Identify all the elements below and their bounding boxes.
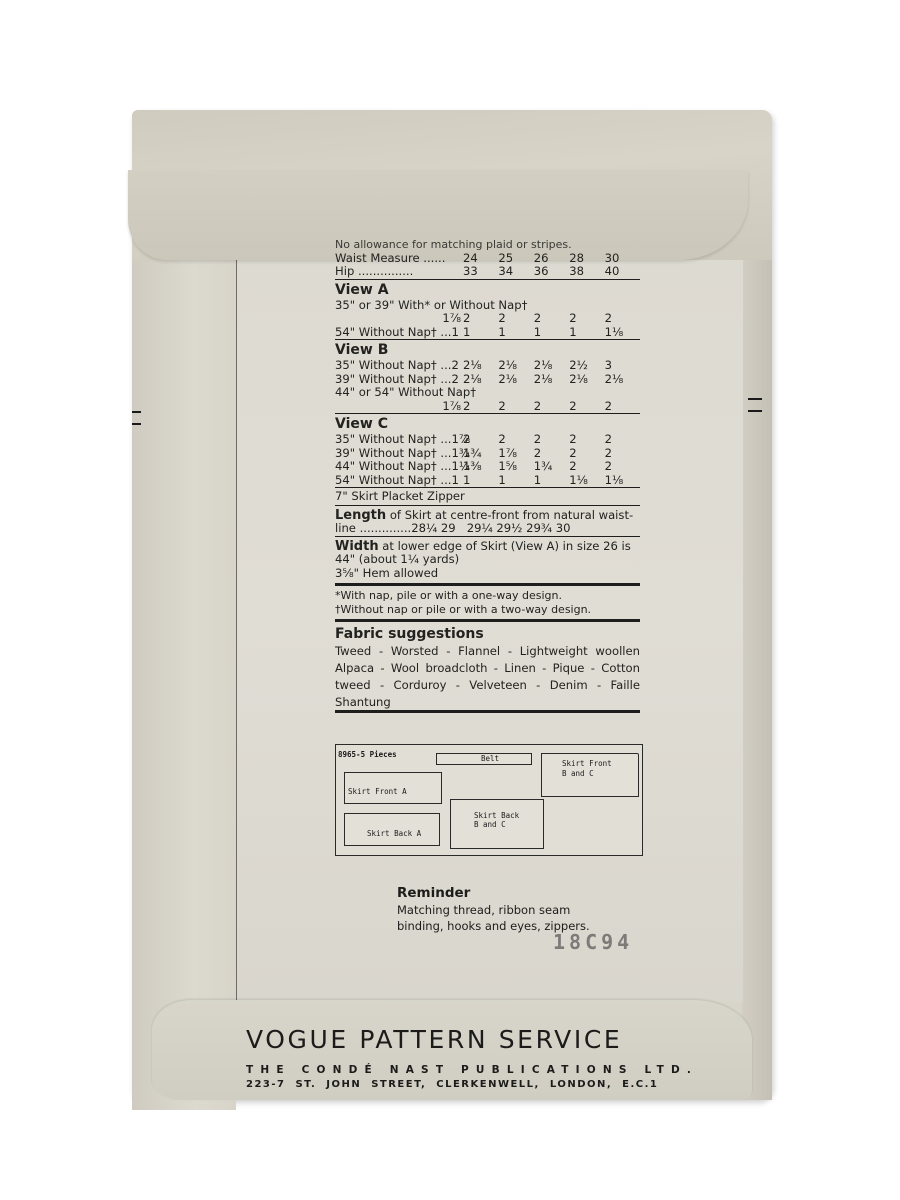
view-c-row: 35" Without Nap† ...1⅞ 2 2 2 2 2 (335, 433, 640, 447)
width-text: at lower edge of Skirt (View A) in size … (382, 539, 631, 553)
yardage-value: 2 (534, 312, 569, 326)
yardage-value: 2⅛ (463, 373, 498, 387)
length-value: 29¾ (526, 521, 552, 535)
view-c-row: 44" Without Nap† ...1¼ 1⅜ 1⅝ 1¾ 2 2 (335, 460, 640, 474)
hip-value: 40 (605, 265, 640, 279)
view-c-row-label: 39" Without Nap† ...1¾ (335, 447, 463, 461)
envelope-right-side (742, 240, 772, 1100)
yardage-value: 2 (463, 400, 498, 414)
yardage-value: 2 (463, 433, 498, 447)
view-b-row3-values: 1⅞ 2 2 2 2 2 (335, 400, 640, 415)
fabric-title: Fabric suggestions (335, 626, 640, 643)
piece-label: Skirt Front (562, 759, 612, 768)
yardage-value: 1 (498, 474, 533, 488)
yardage-value: 2 (463, 312, 498, 326)
pattern-pieces-diagram: 8965-5 Pieces Belt Skirt Front A Skirt F… (335, 744, 643, 856)
width-line2: 44" (about 1¼ yards) (335, 553, 640, 567)
yardage-value: 2⅛ (534, 359, 569, 373)
waist-value: 24 (463, 252, 498, 266)
yardage-value: 3 (605, 359, 640, 373)
piece-label: B and C (474, 820, 506, 829)
waist-value: 25 (498, 252, 533, 266)
view-b-row3-label: 44" or 54" Without Nap† (335, 386, 640, 400)
piece-label: Belt (481, 754, 499, 763)
yardage-value: 2⅛ (534, 373, 569, 387)
fabric-line: tweed - Corduroy - Velveteen - Denim - F… (335, 677, 640, 694)
yardage-value: 1⅝ (498, 460, 533, 474)
yardage-value: 2⅛ (498, 359, 533, 373)
view-b-row-label: 39" Without Nap† ...2 (335, 373, 463, 387)
yardage-value: 1 (498, 326, 533, 340)
yardage-value: 1⅛ (569, 474, 604, 488)
yardage-chart: No allowance for matching plaid or strip… (335, 238, 640, 713)
view-c-row-label: 54" Without Nap† ...1 (335, 474, 463, 488)
view-c-row-label: 35" Without Nap† ...1⅞ (335, 433, 463, 447)
yardage-value: 2 (569, 400, 604, 414)
hip-value: 36 (534, 265, 569, 279)
piece-label: Skirt Back A (367, 829, 421, 838)
length-value: 29¼ (467, 521, 493, 535)
yardage-value: 2 (569, 312, 604, 326)
hip-label: Hip ............... (335, 265, 463, 279)
view-b-row: 39" Without Nap† ...2 2⅛ 2⅛ 2⅛ 2⅛ 2⅛ (335, 373, 640, 387)
view-b-title: View B (335, 342, 640, 359)
piece-label: Skirt Front A (348, 787, 407, 796)
yardage-value: 2 (569, 460, 604, 474)
yardage-value: 2 (605, 447, 640, 461)
view-a-title: View A (335, 282, 640, 299)
waist-label: Waist Measure ...... (335, 252, 463, 266)
length-section: Length of Skirt at centre-front from nat… (335, 506, 640, 523)
yardage-value: 2 (605, 312, 640, 326)
zipper-note: 7" Skirt Placket Zipper (335, 488, 640, 506)
yardage-value: 1⅛ (605, 474, 640, 488)
envelope-left-side (132, 240, 236, 1110)
length-value: 30 (556, 521, 571, 535)
yardage-value: 1⅛ (605, 326, 640, 340)
yardage-value: 1¾ (463, 447, 498, 461)
yardage-value: 2 (498, 433, 533, 447)
piece-skirt-back-bc: Skirt Back B and C (450, 799, 544, 849)
yardage-value: 1⅞ (335, 312, 463, 326)
reminder-section: Reminder Matching thread, ribbon seam bi… (397, 884, 597, 934)
stock-stamp: 18C94 (553, 930, 633, 954)
piece-label: B and C (562, 769, 594, 778)
yardage-value: 1¾ (534, 460, 569, 474)
width-section: Width at lower edge of Skirt (View A) in… (335, 537, 640, 554)
publisher-address: 223-7 ST. JOHN STREET, CLERKENWELL, LOND… (246, 1078, 676, 1092)
matching-notice: No allowance for matching plaid or strip… (335, 238, 640, 252)
length-value: 29 (441, 521, 456, 535)
fold-mark-right-icon (748, 398, 762, 412)
view-c-row: 39" Without Nap† ...1¾ 1¾ 1⅞ 2 2 2 (335, 447, 640, 461)
yardage-value: 1 (569, 326, 604, 340)
publisher-block: VOGUE PATTERN SERVICE THE CONDÉ NAST PUB… (246, 1024, 676, 1092)
yardage-value: 1 (463, 326, 498, 340)
length-values: line ..............28¼ 29 29¼ 29½ 29¾ 30 (335, 522, 640, 537)
view-a-row1-label: 35" or 39" With* or Without Nap† (335, 299, 640, 313)
view-b-row: 35" Without Nap† ...2 2⅛ 2⅛ 2⅛ 2½ 3 (335, 359, 640, 373)
piece-skirt-front-bc: Skirt Front B and C (541, 753, 639, 797)
fabric-line: Alpaca - Wool broadcloth - Linen - Pique… (335, 660, 640, 677)
hip-value: 33 (463, 265, 498, 279)
brand-name: VOGUE PATTERN SERVICE (246, 1024, 676, 1056)
hip-row: Hip ............... 33 34 36 38 40 (335, 265, 640, 280)
view-a-row2: 54" Without Nap† ...1 1 1 1 1 1⅛ (335, 326, 640, 341)
yardage-value: 2 (605, 433, 640, 447)
waist-value: 30 (605, 252, 640, 266)
yardage-value: 1 (463, 474, 498, 488)
view-b-row-label: 35" Without Nap† ...2 (335, 359, 463, 373)
footnote-nap: *With nap, pile or with a one-way design… (335, 586, 640, 603)
yardage-value: 2 (605, 460, 640, 474)
piece-belt: Belt (436, 753, 532, 765)
yardage-value: 2⅛ (569, 373, 604, 387)
hem-note: 3⅝" Hem allowed (335, 567, 640, 587)
yardage-value: 2⅛ (498, 373, 533, 387)
footnote-no-nap: †Without nap or pile or with a two-way d… (335, 603, 640, 623)
hip-value: 34 (498, 265, 533, 279)
yardage-value: 1 (534, 326, 569, 340)
yardage-value: 2½ (569, 359, 604, 373)
yardage-value: 2 (569, 433, 604, 447)
yardage-value: 2 (534, 433, 569, 447)
yardage-value: 1⅞ (498, 447, 533, 461)
yardage-value: 2 (498, 400, 533, 414)
piece-skirt-back-a: Skirt Back A (344, 813, 440, 846)
hip-value: 38 (569, 265, 604, 279)
reminder-title: Reminder (397, 884, 597, 902)
yardage-value: 2⅛ (463, 359, 498, 373)
yardage-value: 1⅞ (335, 400, 463, 414)
yardage-value: 1⅜ (463, 460, 498, 474)
waist-row: Waist Measure ...... 24 25 26 28 30 (335, 252, 640, 266)
yardage-value: 2⅛ (605, 373, 640, 387)
yardage-value: 2 (569, 447, 604, 461)
yardage-value: 2 (498, 312, 533, 326)
view-c-row: 54" Without Nap† ...1 1 1 1 1⅛ 1⅛ (335, 474, 640, 489)
fold-mark-left-icon (132, 411, 141, 425)
fabric-line: Tweed - Worsted - Flannel - Lightweight … (335, 643, 640, 660)
pieces-title: 8965-5 Pieces (338, 750, 397, 759)
length-line-label: line .............. (335, 521, 411, 535)
reminder-line: Matching thread, ribbon seam (397, 902, 597, 918)
length-value: 29½ (496, 521, 522, 535)
piece-skirt-front-a: Skirt Front A (344, 772, 442, 804)
length-text: of Skirt at centre-front from natural wa… (390, 508, 633, 522)
waist-value: 26 (534, 252, 569, 266)
view-c-title: View C (335, 416, 640, 433)
yardage-value: 2 (534, 447, 569, 461)
view-a-row1-values: 1⅞ 2 2 2 2 2 (335, 312, 640, 326)
publisher-name: THE CONDÉ NAST PUBLICATIONS LTD. (246, 1062, 676, 1078)
piece-label: Skirt Back (474, 811, 519, 820)
fabric-line-last: Shantung (335, 694, 640, 713)
yardage-value: 1 (534, 474, 569, 488)
view-c-row-label: 44" Without Nap† ...1¼ (335, 460, 463, 474)
view-a-row2-label: 54" Without Nap† ...1 (335, 326, 463, 340)
length-value: 28¼ (411, 521, 437, 535)
yardage-value: 2 (534, 400, 569, 414)
yardage-value: 2 (605, 400, 640, 414)
waist-value: 28 (569, 252, 604, 266)
